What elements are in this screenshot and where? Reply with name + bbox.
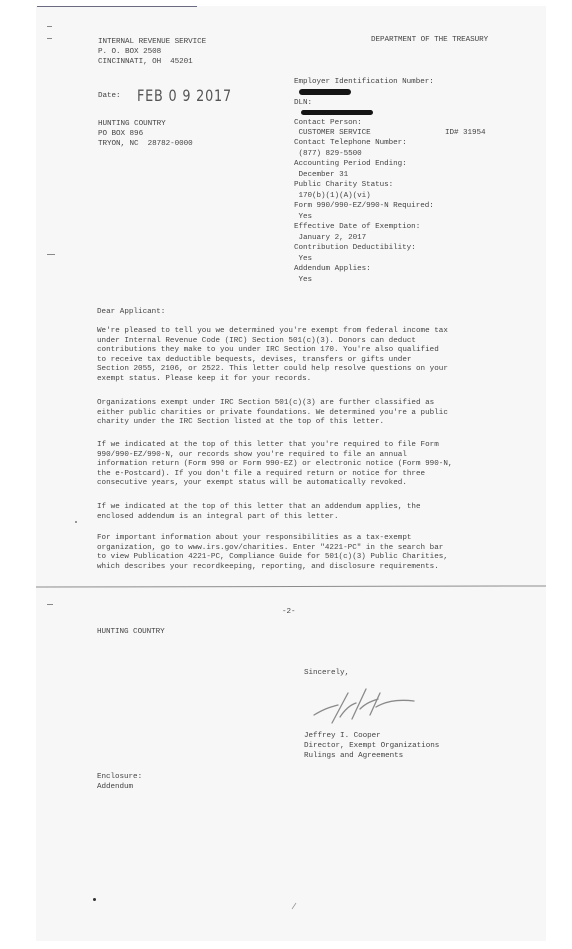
body-paragraph: We're pleased to tell you we determined …	[97, 327, 448, 385]
charity-status-value: 170(b)(1)(A)(vi)	[294, 192, 371, 202]
recipient-line: HUNTING COUNTRY	[98, 120, 166, 130]
phone-value: (877) 829-5500	[294, 150, 362, 160]
deductibility-label: Contribution Deductibility:	[294, 244, 416, 254]
salutation: Dear Applicant:	[97, 308, 165, 318]
effective-date-value: January 2, 2017	[294, 234, 366, 244]
body-paragraph: If we indicated at the top of this lette…	[97, 441, 452, 489]
margin-mark	[47, 26, 52, 27]
body-paragraph: Organizations exempt under IRC Section 5…	[97, 399, 448, 428]
sender-line: P. O. BOX 2508	[98, 48, 161, 58]
page2-recipient-header: HUNTING COUNTRY	[97, 628, 165, 638]
enclosure-value: Addendum	[97, 783, 133, 793]
signer-title: Rulings and Agreements	[304, 752, 403, 762]
signer-name: Jeffrey I. Cooper	[304, 732, 381, 742]
dln-redacted	[301, 110, 373, 115]
margin-mark	[47, 38, 52, 39]
addendum-value: Yes	[294, 276, 312, 286]
department-name: DEPARTMENT OF THE TREASURY	[371, 36, 488, 46]
scan-speck	[291, 902, 297, 910]
form-required-label: Form 990/990-EZ/990-N Required:	[294, 202, 434, 212]
deductibility-value: Yes	[294, 255, 312, 265]
contact-person-value: CUSTOMER SERVICE	[294, 129, 371, 139]
page-number: -2-	[282, 608, 296, 618]
closing: Sincerely,	[304, 669, 349, 679]
sender-line: INTERNAL REVENUE SERVICE	[98, 38, 206, 48]
scan-speck	[75, 521, 77, 523]
enclosure-label: Enclosure:	[97, 773, 142, 783]
contact-person-label: Contact Person:	[294, 119, 362, 129]
body-paragraph: If we indicated at the top of this lette…	[97, 503, 421, 522]
signature-icon	[310, 683, 420, 729]
body-paragraph: For important information about your res…	[97, 534, 448, 572]
scan-speck	[93, 898, 96, 901]
phone-label: Contact Telephone Number:	[294, 139, 407, 149]
recipient-line: PO BOX 896	[98, 130, 143, 140]
sender-line: CINCINNATI, OH 45201	[98, 58, 193, 68]
addendum-label: Addendum Applies:	[294, 265, 371, 275]
effective-date-label: Effective Date of Exemption:	[294, 223, 420, 233]
ein-redacted	[299, 89, 351, 95]
signer-title: Director, Exempt Organizations	[304, 742, 439, 752]
recipient-line: TRYON, NC 28782-0000	[98, 140, 193, 150]
dln-label: DLN:	[294, 99, 312, 109]
charity-status-label: Public Charity Status:	[294, 181, 393, 191]
margin-mark	[47, 254, 55, 255]
period-label: Accounting Period Ending:	[294, 160, 407, 170]
date-stamp: FEB 0 9 2017	[137, 86, 232, 105]
ein-label: Employer Identification Number:	[294, 78, 434, 88]
date-label: Date:	[98, 92, 121, 102]
page-top-edge	[37, 6, 197, 7]
period-value: December 31	[294, 171, 348, 181]
margin-mark	[47, 604, 53, 605]
contact-id: ID# 31954	[445, 129, 486, 139]
form-required-value: Yes	[294, 213, 312, 223]
